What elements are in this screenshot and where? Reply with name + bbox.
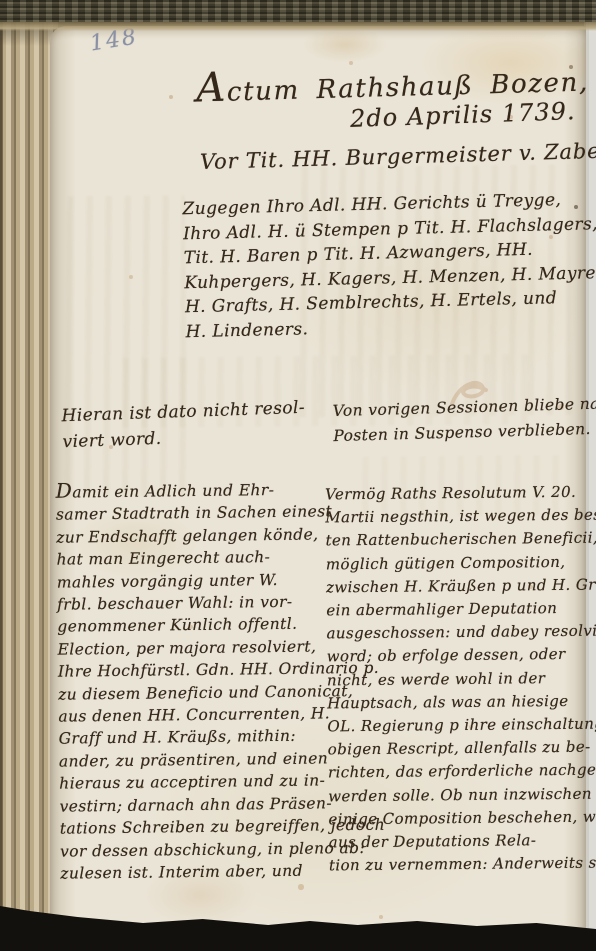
body-line: zur Endschafft gelangen könde, (56, 523, 330, 549)
body-line: vor dessen abschickung, in pleno ab: (60, 837, 334, 863)
body-line: nicht, es werde wohl in der (327, 666, 595, 692)
body-line: werden solle. Ob nun inzwischen (328, 782, 596, 808)
body-line: genommener Künlich offentl. (57, 613, 331, 639)
body-line: ein abermahliger Deputation (326, 597, 594, 623)
body-right-column: Vermög Raths Resolutum V. 20. Martii neg… (325, 481, 596, 878)
manuscript-scan: 148 Actum Rathshauß Bozen, den 2do April… (0, 0, 596, 951)
body-line: Hauptsach, als was an hiesige (327, 689, 595, 715)
body-line: einige Composition beschehen, wird (328, 805, 596, 831)
body-line: hat man Eingerecht auch- (56, 546, 330, 572)
body-line: tion zu vernemmen: Anderweits selbst. (329, 852, 596, 878)
body-line: obigen Rescript, allenfalls zu be- (328, 736, 596, 762)
body-line: samer Stadtrath in Sachen einest (56, 501, 330, 527)
body-line: richten, das erforderliche nachgehollt (328, 759, 596, 785)
body-line: hieraus zu acceptiren und zu in- (59, 770, 333, 796)
body-line: vestirn; darnach ahn das Präsen- (59, 792, 333, 818)
body-line: Martii negsthin, ist wegen des besag- (325, 504, 593, 530)
body-line: OL. Regierung p ihre einschaltung (327, 713, 595, 739)
body-line: mahles vorgängig unter W. (57, 568, 331, 594)
margin-note: Hieran ist dato nicht resol- viert word. (61, 395, 306, 455)
page-top-edge (0, 22, 596, 31)
body-line: aus denen HH. Concurrenten, H. (58, 702, 332, 728)
body-line: Graff und H. Kräußs, mithin: (59, 725, 333, 751)
attendance-paragraph: Zugegen Ihro Adl. HH. Gerichts ü Treyge,… (182, 187, 596, 345)
body-line: tations Schreiben zu begreiffen, jedoch (60, 814, 334, 840)
body-line: aus der Deputations Rela- (329, 829, 596, 855)
body-line: Vermög Raths Resolutum V. 20. (325, 481, 593, 507)
body-line: Damit ein Adlich und Ehr- (56, 476, 330, 504)
body-line: Ihre Hochfürstl. Gdn. HH. Ordinario p. (58, 658, 332, 684)
body-line: zu diesem Beneficio und Canonicat, (58, 680, 332, 706)
body-line: frbl. beschauer Wahl: in vor- (57, 590, 331, 616)
book-top-edge (0, 0, 596, 22)
body-line: zulesen ist. Interim aber, und (60, 859, 334, 885)
body-line: ausgeschossen: und dabey resolvirt (326, 620, 594, 646)
body-line: ander, zu präsentiren, und einen (59, 747, 333, 773)
body-line: zwischen H. Kräußen p und H. Graffen, (326, 573, 594, 599)
session-note: Von vorigen Sessionen bliebe nach- Poste… (332, 391, 596, 449)
body-left-column: Damit ein Adlich und Ehr- samer Stadtrat… (56, 476, 335, 885)
body-line: word; ob erfolge dessen, oder (327, 643, 595, 669)
body-line: ten Rattenbucherischen Beneficii, zur (325, 527, 593, 553)
body-line: möglich gütigen Composition, (326, 550, 594, 576)
body-line: Election, per majora resolviert, (57, 635, 331, 661)
